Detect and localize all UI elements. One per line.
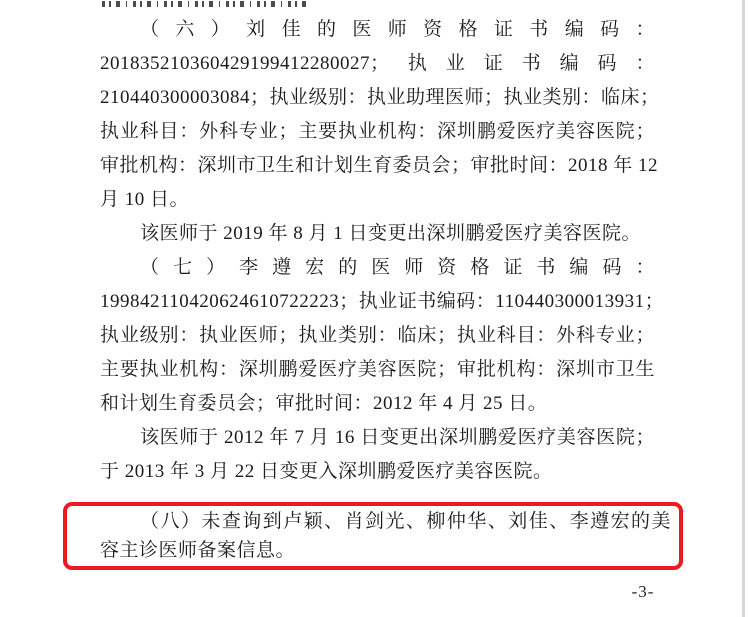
body-text: （六）刘佳的医师资格证书编码：2018352103604291994122800… bbox=[100, 13, 655, 489]
page-right-border bbox=[742, 0, 745, 617]
document-page: （六）刘佳的医师资格证书编码：2018352103604291994122800… bbox=[100, 13, 655, 570]
text-line: （七）李遵宏的医师资格证书编码： bbox=[100, 251, 655, 285]
text-line: 和计划生育委员会；审批时间：2012 年 4 月 25 日。 bbox=[100, 387, 655, 421]
text-line: 199842110420624610722223；执业证书编码：11044030… bbox=[100, 285, 655, 319]
text-line: 月 10 日。 bbox=[100, 183, 655, 217]
text-line: 执业科目：外科专业；主要执业机构：深圳鹏爱医疗美容医院； bbox=[100, 115, 655, 149]
text-line: 主要执业机构：深圳鹏爱医疗美容医院；审批机构：深圳市卫生 bbox=[100, 353, 655, 387]
text-line: （六）刘佳的医师资格证书编码： bbox=[100, 13, 655, 47]
text-line: 该医师于 2012 年 7 月 16 日变更出深圳鹏爱医疗美容医院； bbox=[100, 421, 655, 455]
text-line: 容主诊医师备案信息。 bbox=[100, 536, 671, 565]
text-line: 210440300003084；执业级别：执业助理医师；执业类别：临床； bbox=[100, 81, 655, 115]
text-line: 审批机构：深圳市卫生和计划生育委员会；审批时间：2018 年 12 bbox=[100, 149, 655, 183]
text-line: 该医师于 2019 年 8 月 1 日变更出深圳鹏爱医疗美容医院。 bbox=[100, 217, 655, 251]
text-line: 于 2013 年 3 月 22 日变更入深圳鹏爱医疗美容医院。 bbox=[100, 455, 655, 489]
page-number: -3- bbox=[618, 582, 668, 602]
clipped-text-fragment bbox=[102, 1, 310, 7]
text-line: 执业级别：执业医师；执业类别：临床；执业科目：外科专业； bbox=[100, 319, 655, 353]
text-line: （八）未查询到卢颖、肖剑光、柳仲华、刘佳、李遵宏的美 bbox=[100, 507, 671, 536]
text-line: 201835210360429199412280027；执业证书编码： bbox=[100, 47, 655, 81]
highlight-box: （八）未查询到卢颖、肖剑光、柳仲华、刘佳、李遵宏的美容主诊医师备案信息。 bbox=[63, 502, 683, 570]
